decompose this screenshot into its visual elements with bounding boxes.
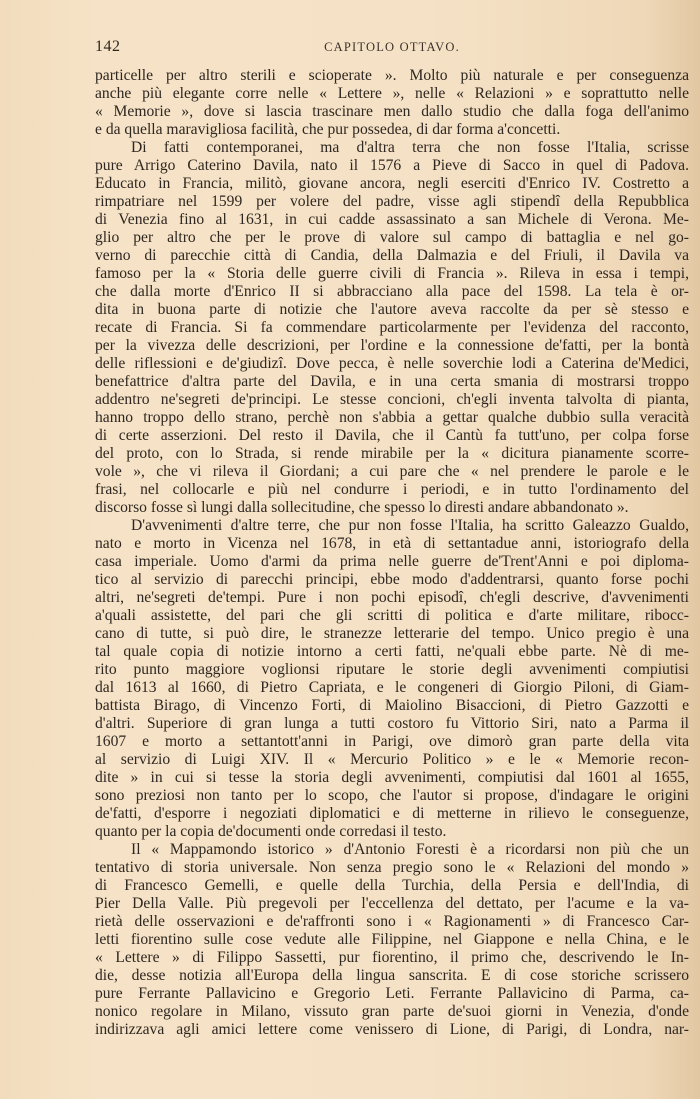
running-head: CAPITOLO OTTAVO. xyxy=(95,40,689,55)
text-line: quanto per la copia de'documenti onde co… xyxy=(95,823,689,841)
body-text: particelle per altro sterili e scioperat… xyxy=(95,67,689,1039)
text-line: di Venezia fino al 1631, in cui cadde as… xyxy=(95,211,689,229)
text-line: addentro ne'segreti de'principi. Le stes… xyxy=(95,391,689,409)
text-line: al servizio di Luigi XIV. Il « Mercurio … xyxy=(95,751,689,769)
text-line: Di fatti contemporanei, ma d'altra terra… xyxy=(95,139,689,157)
text-line: discorso fosse sì lungi dalla sollecitud… xyxy=(95,499,689,517)
text-line: del proto, con lo Strada, si rende mirab… xyxy=(95,445,689,463)
text-line: D'avvenimenti d'altre terre, che pur non… xyxy=(95,517,689,535)
text-line: Il « Mappamondo istorico » d'Antonio For… xyxy=(95,841,689,859)
text-line: e da quella maravigliosa facilità, che p… xyxy=(95,121,689,139)
text-line: cano di tutte, si può dire, le stranezze… xyxy=(95,625,689,643)
text-line: che dalla morte d'Enrico II si abbraccia… xyxy=(95,283,689,301)
text-line: sono preziosi non tanto per lo scopo, ch… xyxy=(95,787,689,805)
text-line: 1607 e morto a settantott'anni in Parigi… xyxy=(95,733,689,751)
text-line: nato e morto in Vicenza nel 1678, in età… xyxy=(95,535,689,553)
text-line: de'fatti, d'esporre i negoziati diplomat… xyxy=(95,805,689,823)
text-line: particelle per altro sterili e scioperat… xyxy=(95,67,689,85)
text-line: vole », che vi rileva il Giordani; a cui… xyxy=(95,463,689,481)
text-line: per la vivezza delle descrizioni, per l'… xyxy=(95,337,689,355)
text-line: verno di parecchie città di Candia, dell… xyxy=(95,247,689,265)
text-line: « Lettere » di Filippo Sassetti, pur fio… xyxy=(95,949,689,967)
text-line: rietà delle osservazioni e de'raffronti … xyxy=(95,913,689,931)
text-line: tal quale copia di notizie intorno a cer… xyxy=(95,643,689,661)
text-line: rito punto maggiore voglionsi riputare l… xyxy=(95,661,689,679)
text-line: di Francesco Gemelli, e quelle della Tur… xyxy=(95,877,689,895)
text-line: frasi, nel collocarle e più nel condurre… xyxy=(95,481,689,499)
text-line: battista Birago, di Vincenzo Forti, di M… xyxy=(95,697,689,715)
text-line: d'altri. Superiore di gran lunga a tutti… xyxy=(95,715,689,733)
text-line: glio per altro che per le prove di valor… xyxy=(95,229,689,247)
text-line: tico al servizio di parecchi principi, e… xyxy=(95,571,689,589)
text-line: di certe asserzioni. Del resto il Davila… xyxy=(95,427,689,445)
text-line: anche più elegante corre nelle « Lettere… xyxy=(95,85,689,103)
text-line: rimpatriare nel 1599 per volere del padr… xyxy=(95,193,689,211)
text-line: die, desse notizia all'Europa della ling… xyxy=(95,967,689,985)
text-line: letti fiorentino sulle cose vedute alle … xyxy=(95,931,689,949)
text-line: dite » in cui si tesse la storia degli a… xyxy=(95,769,689,787)
text-line: hanno troppo dello strano, perchè non s'… xyxy=(95,409,689,427)
text-line: pure Arrigo Caterino Davila, nato il 157… xyxy=(95,157,689,175)
text-line: « Memorie », dove si lascia trascinare m… xyxy=(95,103,689,121)
page-header: 142 CAPITOLO OTTAVO. xyxy=(95,38,689,58)
text-line: indirizzava agli amici lettere come veni… xyxy=(95,1021,689,1039)
text-line: famoso per la « Storia delle guerre civi… xyxy=(95,265,689,283)
text-line: recate di Francia. Si fa commendare part… xyxy=(95,319,689,337)
text-line: Educato in Francia, militò, giovane anco… xyxy=(95,175,689,193)
text-line: a'quali assistette, del pari che gli scr… xyxy=(95,607,689,625)
text-line: tentativo di storia universale. Non senz… xyxy=(95,859,689,877)
text-line: benefattrice d'altra parte del Davila, e… xyxy=(95,373,689,391)
text-line: pure Ferrante Pallavicino e Gregorio Let… xyxy=(95,985,689,1003)
text-line: altri, ne'segreti de'tempi. Pure i non p… xyxy=(95,589,689,607)
text-line: nonico regolare in Milano, vissuto gran … xyxy=(95,1003,689,1021)
text-line: delle riflessioni e de'giudizî. Dove pec… xyxy=(95,355,689,373)
text-line: Pier Della Valle. Più pregevoli per l'ec… xyxy=(95,895,689,913)
text-line: dal 1613 al 1660, di Pietro Capriata, e … xyxy=(95,679,689,697)
text-line: casa imperiale. Uomo d'armi da prima nel… xyxy=(95,553,689,571)
text-line: dita in buona parte di notizie che l'aut… xyxy=(95,301,689,319)
